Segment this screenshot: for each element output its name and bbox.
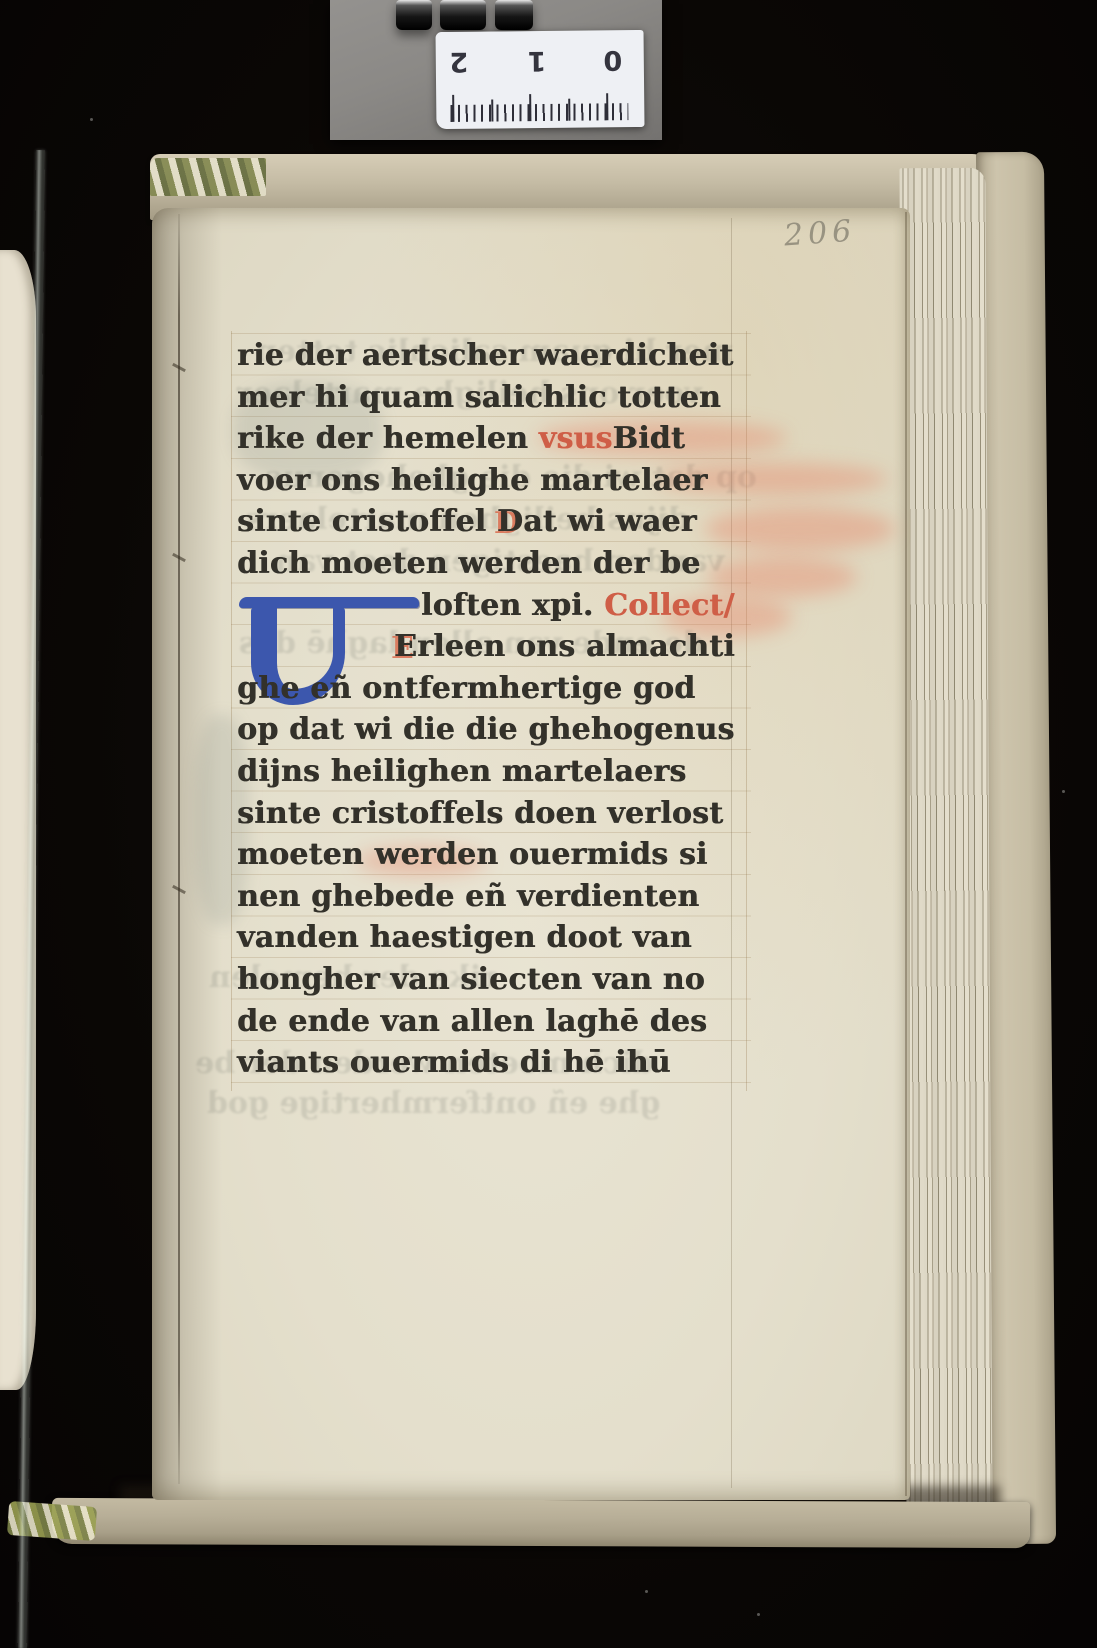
text-line: Erleen ons almachti xyxy=(237,626,757,668)
text-line: nen ghebede eñ verdienten xyxy=(237,876,757,918)
text-line: vanden haestigen doot van xyxy=(237,917,757,959)
versal-letter: D xyxy=(497,504,523,539)
dust-speck xyxy=(90,118,93,121)
ruler-cm-tick xyxy=(529,94,531,121)
text-line: moeten werden ouermids si xyxy=(237,834,757,876)
line-segment: rike der hemelen xyxy=(237,421,539,456)
line-segment: at wi waer xyxy=(523,504,697,539)
text-line: op dat wi die die ghehogenus xyxy=(237,709,757,751)
text-line: dijns heilighen martelaers xyxy=(237,751,757,793)
line-segment: de ende van allen laghē des xyxy=(237,1004,707,1039)
line-segment: op dat wi die die ghehogenus xyxy=(237,712,735,747)
text-line: voer ons heilighe martelaer xyxy=(237,460,757,502)
book-cradle-clamp: 2 1 0 xyxy=(330,0,662,140)
manuscript-page: 206 mer hi quam salichlic totten voer on… xyxy=(152,208,910,1500)
line-segment: viants ouermids di hē ihū xyxy=(237,1045,671,1080)
text-line: ghe eñ ontfermhertige god xyxy=(237,668,757,710)
text-line: rie der aertscher waerdicheit xyxy=(237,335,757,377)
line-segment: moeten werden ouermids si xyxy=(237,837,708,872)
rubric-abbreviation: vsus xyxy=(539,421,613,456)
ruling-line-vertical xyxy=(231,331,232,1091)
page-edge-line xyxy=(905,212,907,1496)
line-segment: hongher van siecten van no xyxy=(237,962,705,997)
dust-speck xyxy=(1062,790,1065,793)
text-line: sinte cristoffels doen verlost xyxy=(237,793,757,835)
line-segment: loften xpi. xyxy=(421,588,604,623)
ruler-number: 0 xyxy=(598,44,628,75)
ruler-number: 2 xyxy=(444,46,474,77)
line-segment: dijns heilighen martelaers xyxy=(237,754,686,789)
text-line: mer hi quam salichlic totten xyxy=(237,377,757,419)
line-segment: sinte cristoffels doen verlost xyxy=(237,796,723,831)
text-line: hongher van siecten van no xyxy=(237,959,757,1001)
text-line: loften xpi. Collect∕ xyxy=(237,585,757,627)
ruler-sticker: 2 1 0 xyxy=(435,30,644,129)
text-line: viants ouermids di hē ihū xyxy=(237,1042,757,1084)
ruler-ticks xyxy=(450,103,628,122)
dust-speck xyxy=(645,1590,648,1593)
ruler-half-tick xyxy=(491,99,493,121)
ruler-cm-tick xyxy=(606,93,608,120)
gutter-stitching xyxy=(178,214,180,1484)
dust-speck xyxy=(757,1613,760,1616)
rubric-collect: Collect∕ xyxy=(604,588,734,623)
line-segment: voer ons heilighe martelaer xyxy=(237,463,707,498)
line-segment: ghe eñ ontfermhertige god xyxy=(237,671,695,706)
folio-number: 206 xyxy=(783,214,858,254)
photo-background: 2 1 0 206 mer hi quam s xyxy=(0,0,1097,1648)
line-segment: rleen ons almachti xyxy=(417,629,735,664)
binder-clip xyxy=(396,0,432,30)
ruler-number: 1 xyxy=(522,45,552,76)
fore-edge-page-stack xyxy=(899,168,992,1518)
ruler-half-tick xyxy=(568,99,570,121)
line-segment: vanden haestigen doot van xyxy=(237,920,692,955)
headband xyxy=(150,158,266,196)
line-segment: dich moeten werden der be xyxy=(237,546,700,581)
line-segment: nen ghebede eñ verdienten xyxy=(237,879,699,914)
line-segment: mer hi quam salichlic totten xyxy=(237,380,721,415)
text-line: rike der hemelen vsusBidt xyxy=(237,418,757,460)
text-block: mer hi quam salichlic totten voer ons he… xyxy=(237,335,757,1095)
line-segment: Bidt xyxy=(613,421,685,456)
ruler-cm-tick xyxy=(452,95,454,122)
line-segment: sinte cristoffel xyxy=(237,504,497,539)
text-line: dich moeten werden der be xyxy=(237,543,757,585)
text-line: sinte cristoffel Dat wi waer xyxy=(237,501,757,543)
versal-letter: E xyxy=(394,629,417,664)
book-bottom-edge xyxy=(52,1498,1030,1548)
line-segment: rie der aertscher waerdicheit xyxy=(237,338,733,373)
text-line: de ende van allen laghē des xyxy=(237,1001,757,1043)
binder-clip xyxy=(495,0,533,30)
binder-clip xyxy=(440,0,486,30)
